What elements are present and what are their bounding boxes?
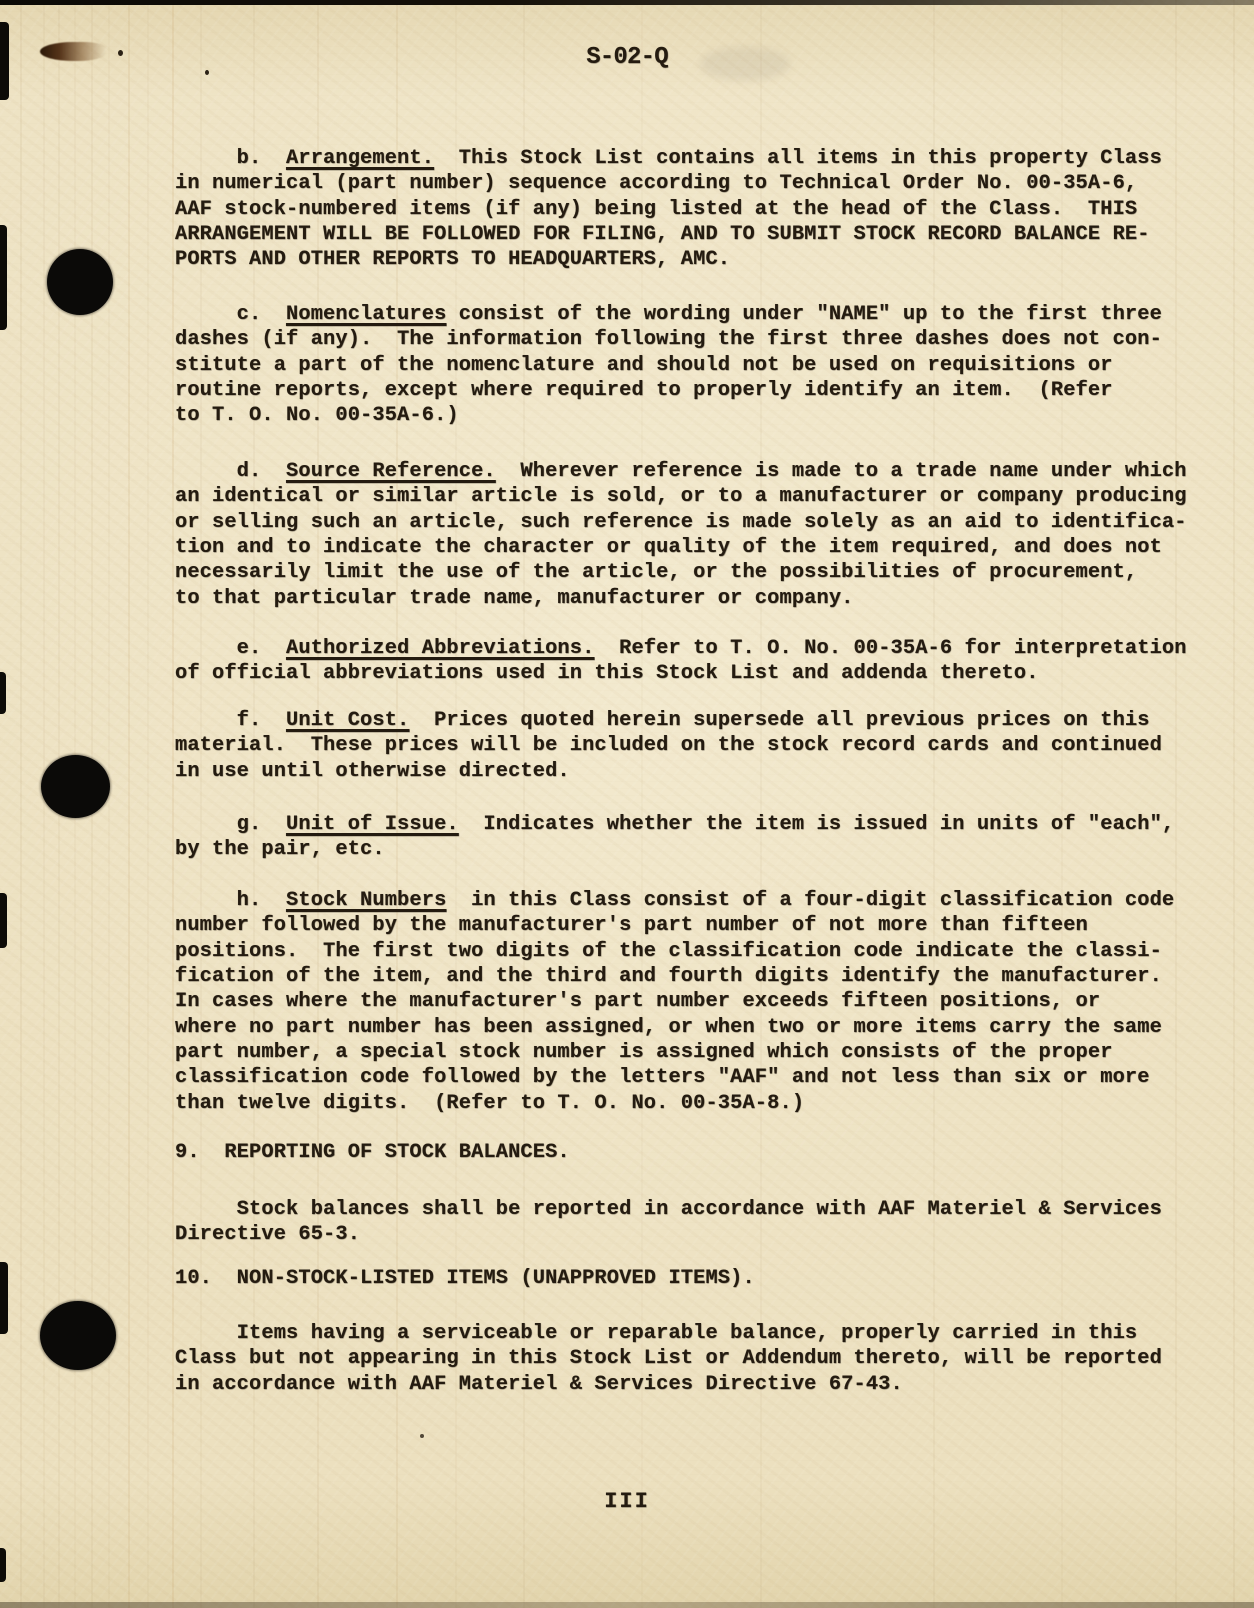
text-line: In cases where the manufacturer's part n… (175, 989, 1174, 1014)
para-g: g. Unit of Issue. Indicates whether the … (175, 812, 1174, 863)
scanned-document-page: S-02-Q b. Arrangement. This Stock List c… (0, 0, 1254, 1608)
text-line: Directive 65-3. (175, 1222, 1162, 1247)
text-line: in accordance with AAF Materiel & Servic… (175, 1372, 1162, 1397)
text-line: than twelve digits. (Refer to T. O. No. … (175, 1091, 1174, 1116)
text-line: h. Stock Numbers in this Class consist o… (175, 888, 1174, 913)
underlined-term: Unit of Issue. (286, 813, 459, 836)
text-line: of official abbreviations used in this S… (175, 661, 1187, 686)
para-c: c. Nomenclatures consist of the wording … (175, 302, 1162, 429)
text-line: b. Arrangement. This Stock List contains… (175, 146, 1162, 171)
text-line: tion and to indicate the character or qu… (175, 535, 1187, 560)
underlined-term: Nomenclatures (286, 303, 446, 326)
underlined-term: Unit Cost. (286, 709, 409, 732)
text-line: to T. O. No. 00-35A-6.) (175, 403, 1162, 428)
text-line: classification code followed by the lett… (175, 1065, 1174, 1090)
text-line: number followed by the manufacturer's pa… (175, 913, 1174, 938)
text-line: to that particular trade name, manufactu… (175, 586, 1187, 611)
text-line: 9. REPORTING OF STOCK BALANCES. (175, 1140, 570, 1165)
text-line: ARRANGEMENT WILL BE FOLLOWED FOR FILING,… (175, 222, 1162, 247)
para-e: e. Authorized Abbreviations. Refer to T.… (175, 636, 1187, 687)
text-line: PORTS AND OTHER REPORTS TO HEADQUARTERS,… (175, 247, 1162, 272)
text-line: Stock balances shall be reported in acco… (175, 1197, 1162, 1222)
underlined-term: Arrangement. (286, 147, 434, 170)
text-line: in use until otherwise directed. (175, 759, 1162, 784)
text-line: Class but not appearing in this Stock Li… (175, 1346, 1162, 1371)
text-line: d. Source Reference. Wherever reference … (175, 459, 1187, 484)
para-b: b. Arrangement. This Stock List contains… (175, 146, 1162, 273)
underlined-term: Authorized Abbreviations. (286, 637, 594, 660)
sec-9: 9. REPORTING OF STOCK BALANCES. (175, 1140, 570, 1165)
document-body: b. Arrangement. This Stock List contains… (0, 0, 1254, 1608)
sec-10: 10. NON-STOCK-LISTED ITEMS (UNAPPROVED I… (175, 1266, 755, 1291)
text-line: by the pair, etc. (175, 837, 1174, 862)
text-line: or selling such an article, such referen… (175, 510, 1187, 535)
page-number: III (0, 1489, 1254, 1514)
para-9: Stock balances shall be reported in acco… (175, 1197, 1162, 1248)
text-line: Items having a serviceable or reparable … (175, 1321, 1162, 1346)
text-line: stitute a part of the nomenclature and s… (175, 353, 1162, 378)
text-line: necessarily limit the use of the article… (175, 560, 1187, 585)
text-line: material. These prices will be included … (175, 733, 1162, 758)
text-line: c. Nomenclatures consist of the wording … (175, 302, 1162, 327)
text-line: e. Authorized Abbreviations. Refer to T.… (175, 636, 1187, 661)
text-line: 10. NON-STOCK-LISTED ITEMS (UNAPPROVED I… (175, 1266, 755, 1291)
text-line: routine reports, except where required t… (175, 378, 1162, 403)
para-f: f. Unit Cost. Prices quoted herein super… (175, 708, 1162, 784)
text-line: fication of the item, and the third and … (175, 964, 1174, 989)
text-line: part number, a special stock number is a… (175, 1040, 1174, 1065)
text-line: an identical or similar article is sold,… (175, 484, 1187, 509)
underlined-term: Stock Numbers (286, 889, 446, 912)
text-line: positions. The first two digits of the c… (175, 939, 1174, 964)
text-line: in numerical (part number) sequence acco… (175, 171, 1162, 196)
para-10: Items having a serviceable or reparable … (175, 1321, 1162, 1397)
text-line: dashes (if any). The information followi… (175, 327, 1162, 352)
para-d: d. Source Reference. Wherever reference … (175, 459, 1187, 611)
text-line: where no part number has been assigned, … (175, 1015, 1174, 1040)
para-h: h. Stock Numbers in this Class consist o… (175, 888, 1174, 1116)
text-line: f. Unit Cost. Prices quoted herein super… (175, 708, 1162, 733)
underlined-term: Source Reference. (286, 460, 496, 483)
text-line: g. Unit of Issue. Indicates whether the … (175, 812, 1174, 837)
text-line: AAF stock-numbered items (if any) being … (175, 197, 1162, 222)
